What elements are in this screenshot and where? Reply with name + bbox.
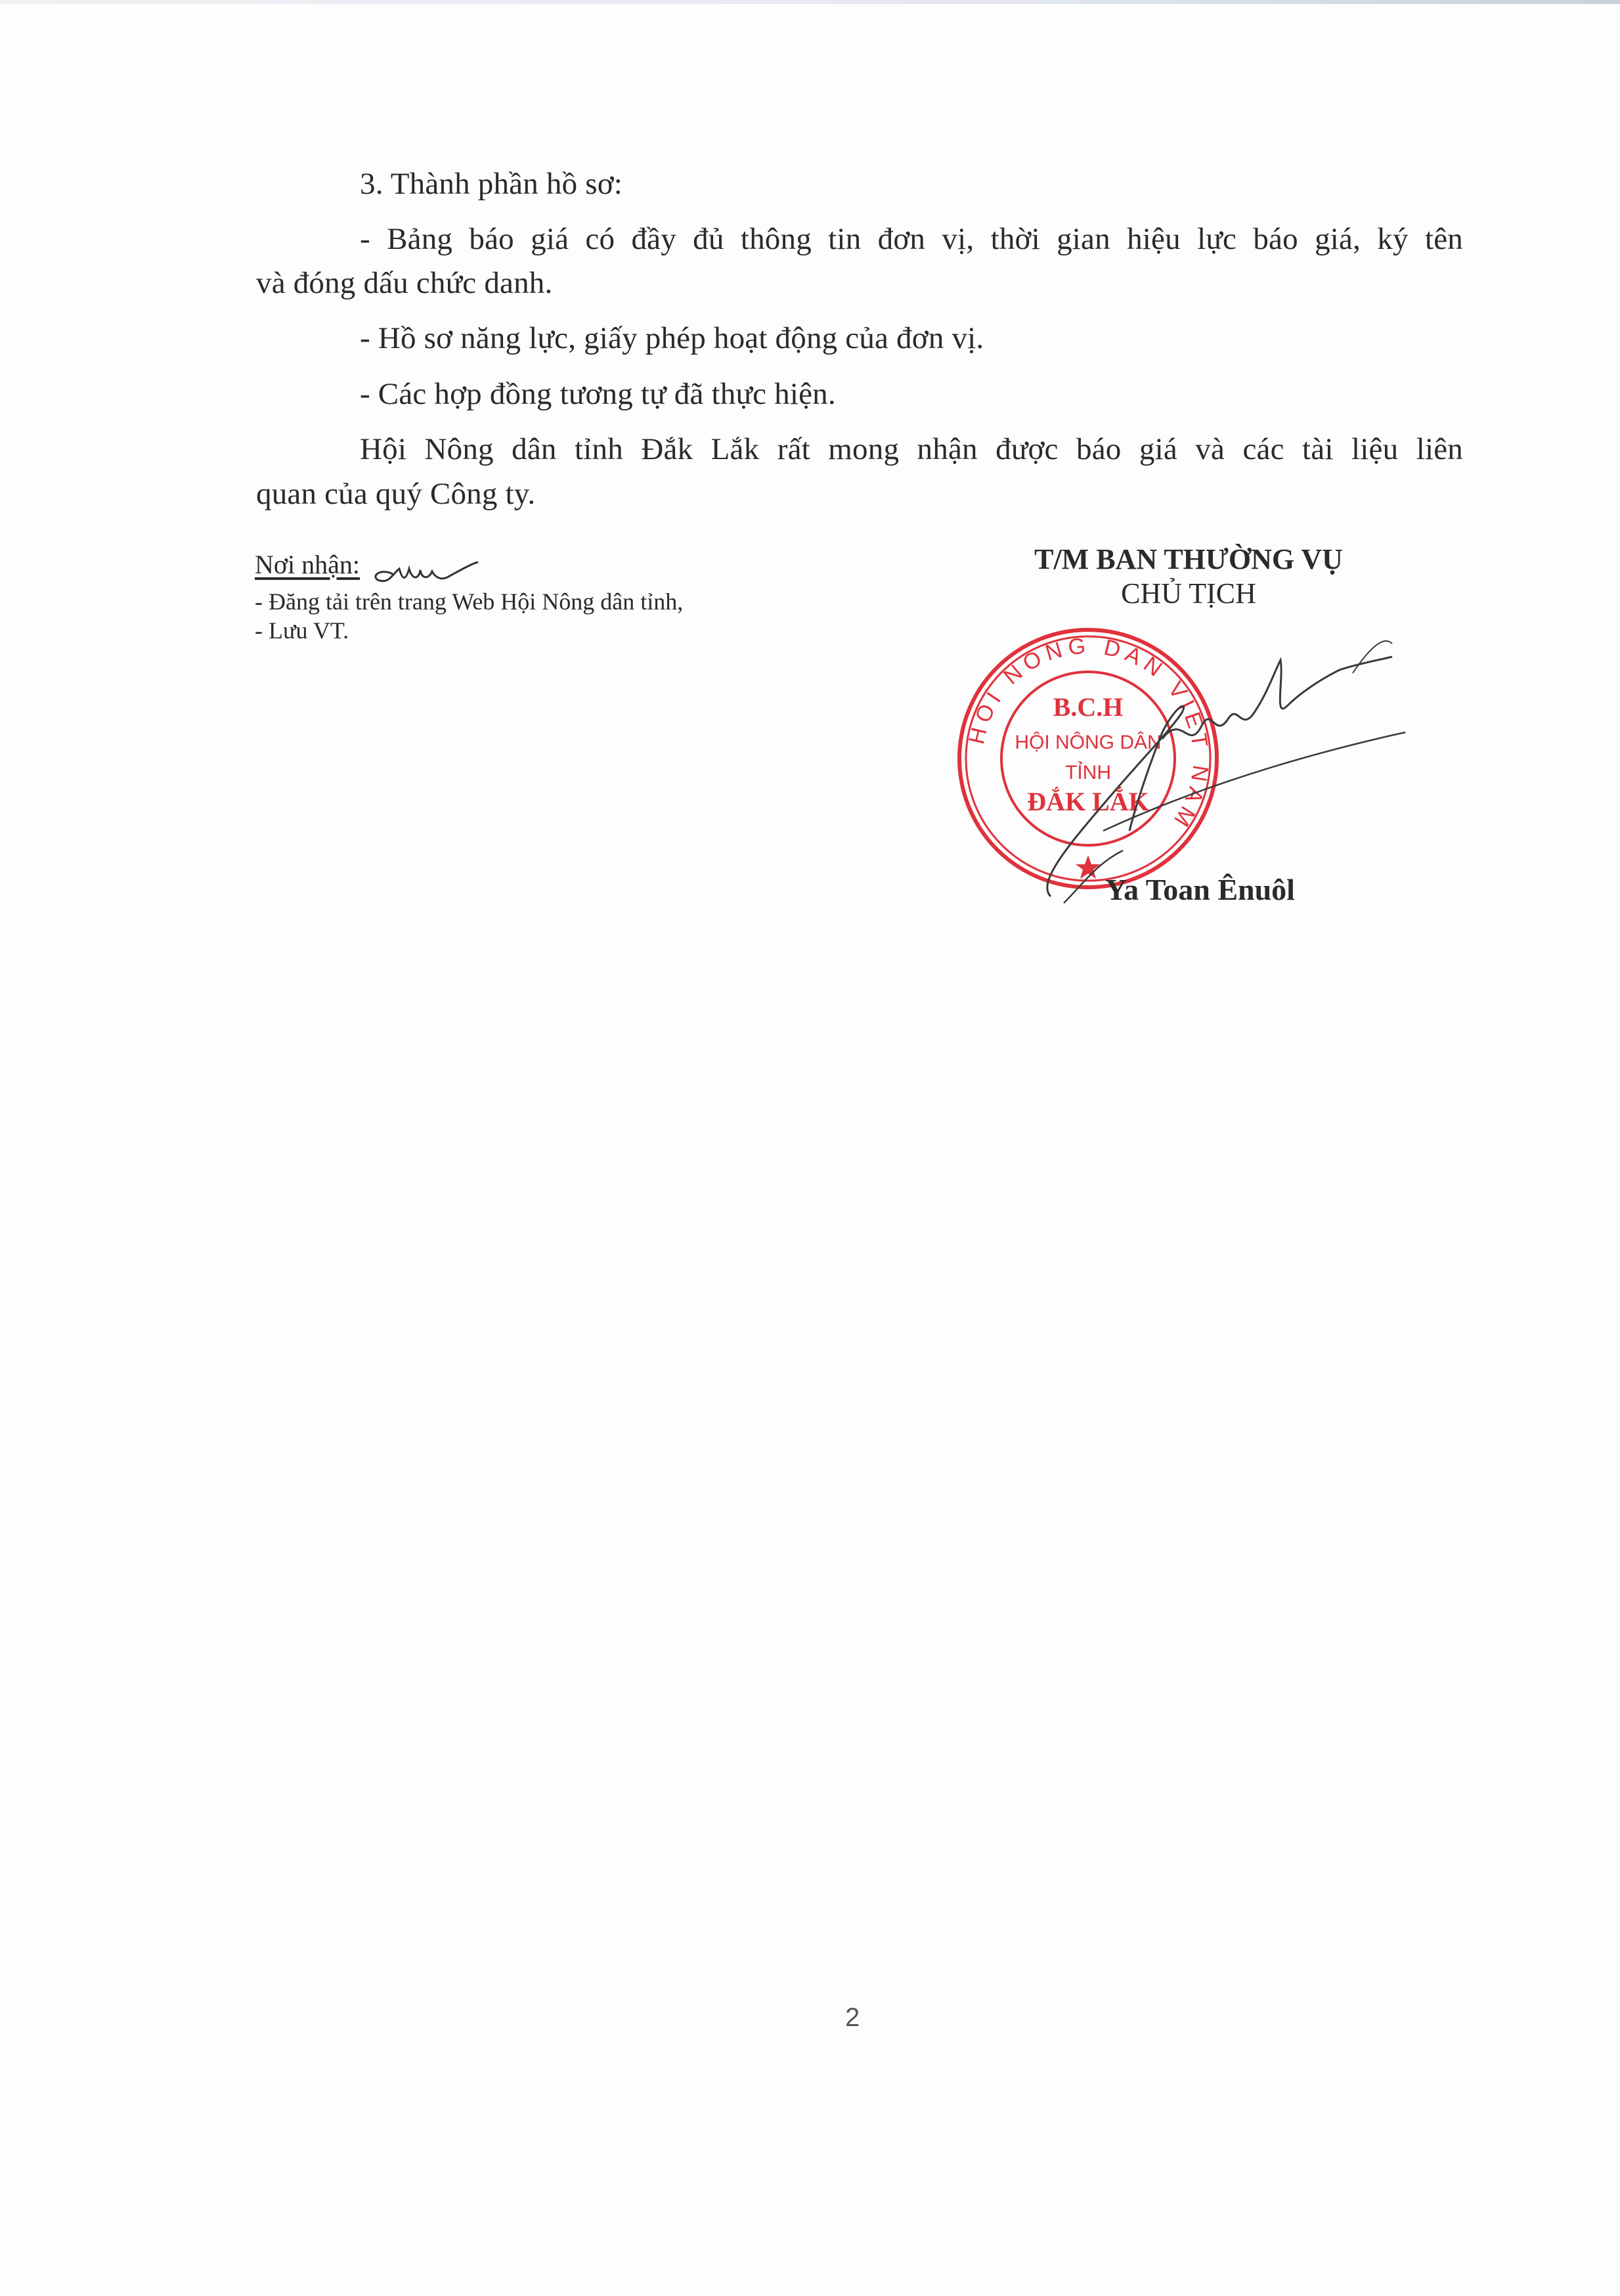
recipients-block: Nơi nhận: - Đăng tải trên trang Web Hội … bbox=[255, 549, 683, 645]
signature-role: CHỦ TỊCH bbox=[939, 577, 1438, 611]
signature-block: T/M BAN THƯỜNG VỤ CHỦ TỊCH bbox=[939, 542, 1438, 611]
list-item-contracts: - Các hợp đồng tương tự đã thực hiện. bbox=[360, 376, 836, 412]
list-item-capability: - Hồ sơ năng lực, giấy phép hoạt động củ… bbox=[360, 320, 984, 357]
signature-org: T/M BAN THƯỜNG VỤ bbox=[939, 542, 1438, 577]
closing-line1: Hội Nông dân tỉnh Đắk Lắk rất mong nhận … bbox=[360, 431, 1463, 468]
scan-edge bbox=[0, 0, 1620, 4]
initials-icon bbox=[366, 554, 491, 587]
signer-name: Ya Toan Ênuôl bbox=[1105, 872, 1295, 908]
list-item-quote-line1: - Bảng báo giá có đầy đủ thông tin đơn v… bbox=[360, 221, 1463, 257]
recipient-item: - Đăng tải trên trang Web Hội Nông dân t… bbox=[255, 587, 683, 616]
list-item-quote-line2: và đóng dấu chức danh. bbox=[256, 265, 552, 301]
page-number: 2 bbox=[845, 2003, 860, 2033]
recipient-item: - Lưu VT. bbox=[255, 616, 683, 645]
recipients-title: Nơi nhận: bbox=[255, 549, 360, 581]
closing-line2: quan của quý Công ty. bbox=[256, 475, 535, 512]
section-heading: 3. Thành phần hồ sơ: bbox=[360, 166, 623, 202]
handwritten-signature-icon bbox=[1024, 634, 1445, 910]
